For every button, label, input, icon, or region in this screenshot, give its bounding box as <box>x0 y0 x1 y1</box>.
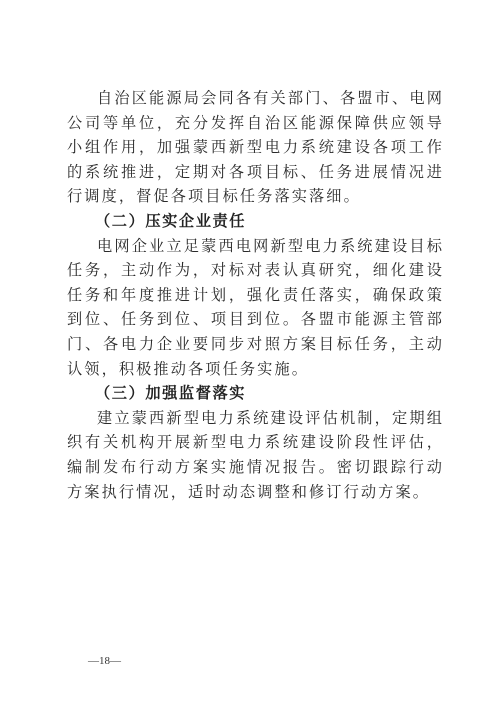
paragraph-coordination: 自治区能源局会同各有关部门、各盟市、电网公司等单位，充分发挥自治区能源保障供应领… <box>67 86 444 209</box>
paragraph-supervision: 建立蒙西新型电力系统建设评估机制，定期组织有关机构开展新型电力系统建设阶段性评估… <box>67 406 444 504</box>
document-page: 自治区能源局会同各有关部门、各盟市、电网公司等单位，充分发挥自治区能源保障供应领… <box>0 0 500 707</box>
section-heading-supervision: （三）加强监督落实 <box>67 381 444 406</box>
paragraph-enterprise-responsibility: 电网企业立足蒙西电网新型电力系统建设目标任务，主动作为，对标对表认真研究，细化建… <box>67 234 444 382</box>
page-number: —18— <box>88 655 121 667</box>
section-heading-enterprise-responsibility: （二）压实企业责任 <box>67 209 444 234</box>
document-body: 自治区能源局会同各有关部门、各盟市、电网公司等单位，充分发挥自治区能源保障供应领… <box>67 86 444 504</box>
